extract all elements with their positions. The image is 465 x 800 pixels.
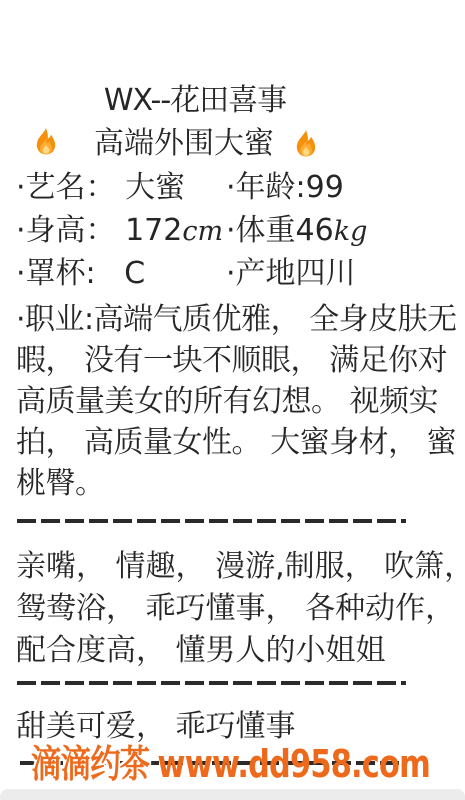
fire-icon: [291, 127, 321, 161]
fire-icon: [31, 125, 61, 159]
services-list: 亲嘴， 情趣， 漫游,制服， 吹箫， 鸳鸯浴， 乖巧懂事， 各种动作， 配合度高…: [16, 546, 465, 672]
weight-field: ·体重46kg: [226, 214, 367, 249]
page-title: WX--花田喜事: [0, 84, 390, 118]
height-field: ·身高： 172cm: [16, 214, 223, 249]
profile-row-cup-origin: ·罩杯: C ·产地四川: [0, 257, 465, 291]
profile-row-height-weight: ·身高： 172cm ·体重46kg: [0, 214, 465, 248]
services-line: 亲嘴， 情趣， 漫游,制服， 吹箫，: [16, 546, 465, 588]
watermark-brand: 滴滴约茶: [31, 742, 149, 786]
description-line: 高质量美女的所有幻想。 视频实: [16, 381, 465, 422]
watermark-url: www.dd958.com: [157, 742, 430, 786]
dashed-divider: [17, 681, 406, 685]
description-line: 暇， 没有一块不顺眼， 满足你对: [16, 340, 465, 381]
weight-value: ·体重46: [226, 213, 334, 248]
height-value: ·身高： 172: [16, 213, 182, 248]
origin-field: ·产地四川: [226, 257, 356, 291]
cup-size-field: ·罩杯: C: [16, 257, 145, 291]
description-line: 拍， 高质量女性。 大蜜身材， 蜜: [16, 422, 465, 463]
tagline-text: 甜美可爱， 乖巧懂事: [16, 710, 296, 744]
description-line: ·职业:高端气质优雅， 全身皮肤无: [16, 299, 465, 340]
profile-row-name-age: ·艺名： 大蜜 ·年龄:99: [0, 171, 465, 205]
weight-unit: kg: [334, 216, 368, 247]
height-unit: cm: [182, 216, 223, 247]
description-line: 桃臀。: [16, 463, 465, 504]
watermark: 滴滴约茶www.dd958.com: [31, 742, 430, 786]
page-subtitle: 高端外围大蜜: [94, 126, 274, 162]
occupation-description: ·职业:高端气质优雅， 全身皮肤无 暇， 没有一块不顺眼， 满足你对 高质量美女…: [16, 299, 465, 504]
stage-name-field: ·艺名： 大蜜: [16, 171, 185, 205]
ad-flyer-page: WX--花田喜事 高端外围大蜜 ·艺名： 大蜜 ·年龄:99 ·身高： 172c…: [0, 0, 465, 800]
age-field: ·年龄:99: [226, 171, 344, 205]
dashed-divider: [17, 519, 406, 523]
bottom-grey-strip: [0, 789, 465, 800]
services-line: 鸳鸯浴， 乖巧懂事， 各种动作，: [16, 588, 465, 630]
services-line: 配合度高， 懂男人的小姐姐: [16, 630, 465, 672]
